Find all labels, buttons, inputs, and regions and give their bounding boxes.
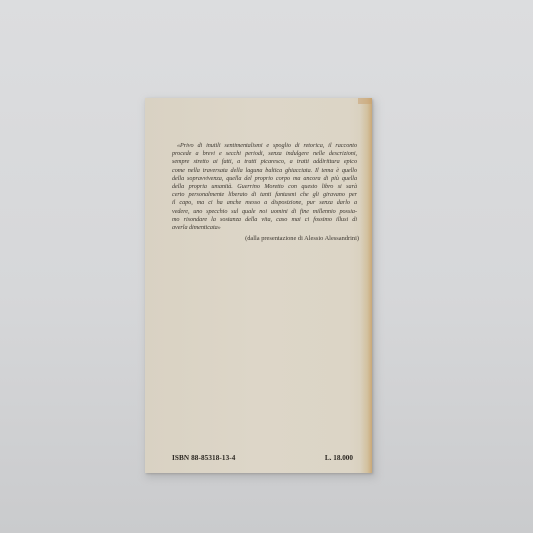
blurb-line: della sopravvivenza, quella del proprio … xyxy=(172,175,357,183)
corner-stain xyxy=(358,98,372,104)
yellowed-edge xyxy=(360,98,372,473)
blurb-line: certo personalmente liberato di tanti fa… xyxy=(172,191,357,199)
blurb-line: «Privo di inutili sentimentalismi e spog… xyxy=(172,142,357,150)
blurb-line: della propria umanità. Guerrino Moretto … xyxy=(172,183,357,191)
price-label: L. 18.000 xyxy=(325,454,353,462)
blurb-line: sempre stretto ai fatti, a tratti picare… xyxy=(172,158,357,166)
attribution: (dalla presentazione di Alessio Alessand… xyxy=(227,235,359,242)
blurb-line: il capo, ma ci ha anche messo a disposiz… xyxy=(172,199,357,207)
blurb-text: «Privo di inutili sentimentalismi e spog… xyxy=(172,142,357,232)
blurb-line: vedere, uno specchio sul quale noi uomin… xyxy=(172,208,357,216)
blurb-line: come nella traversata della laguna balti… xyxy=(172,167,357,175)
blurb-line: averla dimenticata» xyxy=(172,224,357,232)
book-back-cover: «Privo di inutili sentimentalismi e spog… xyxy=(145,98,372,473)
isbn-label: ISBN 88-85318-13-4 xyxy=(172,454,236,462)
blurb-line: mo risondare la sostanza della vita, cas… xyxy=(172,216,357,224)
blurb-line: procede a brevi e secchi periodi, senza … xyxy=(172,150,357,158)
